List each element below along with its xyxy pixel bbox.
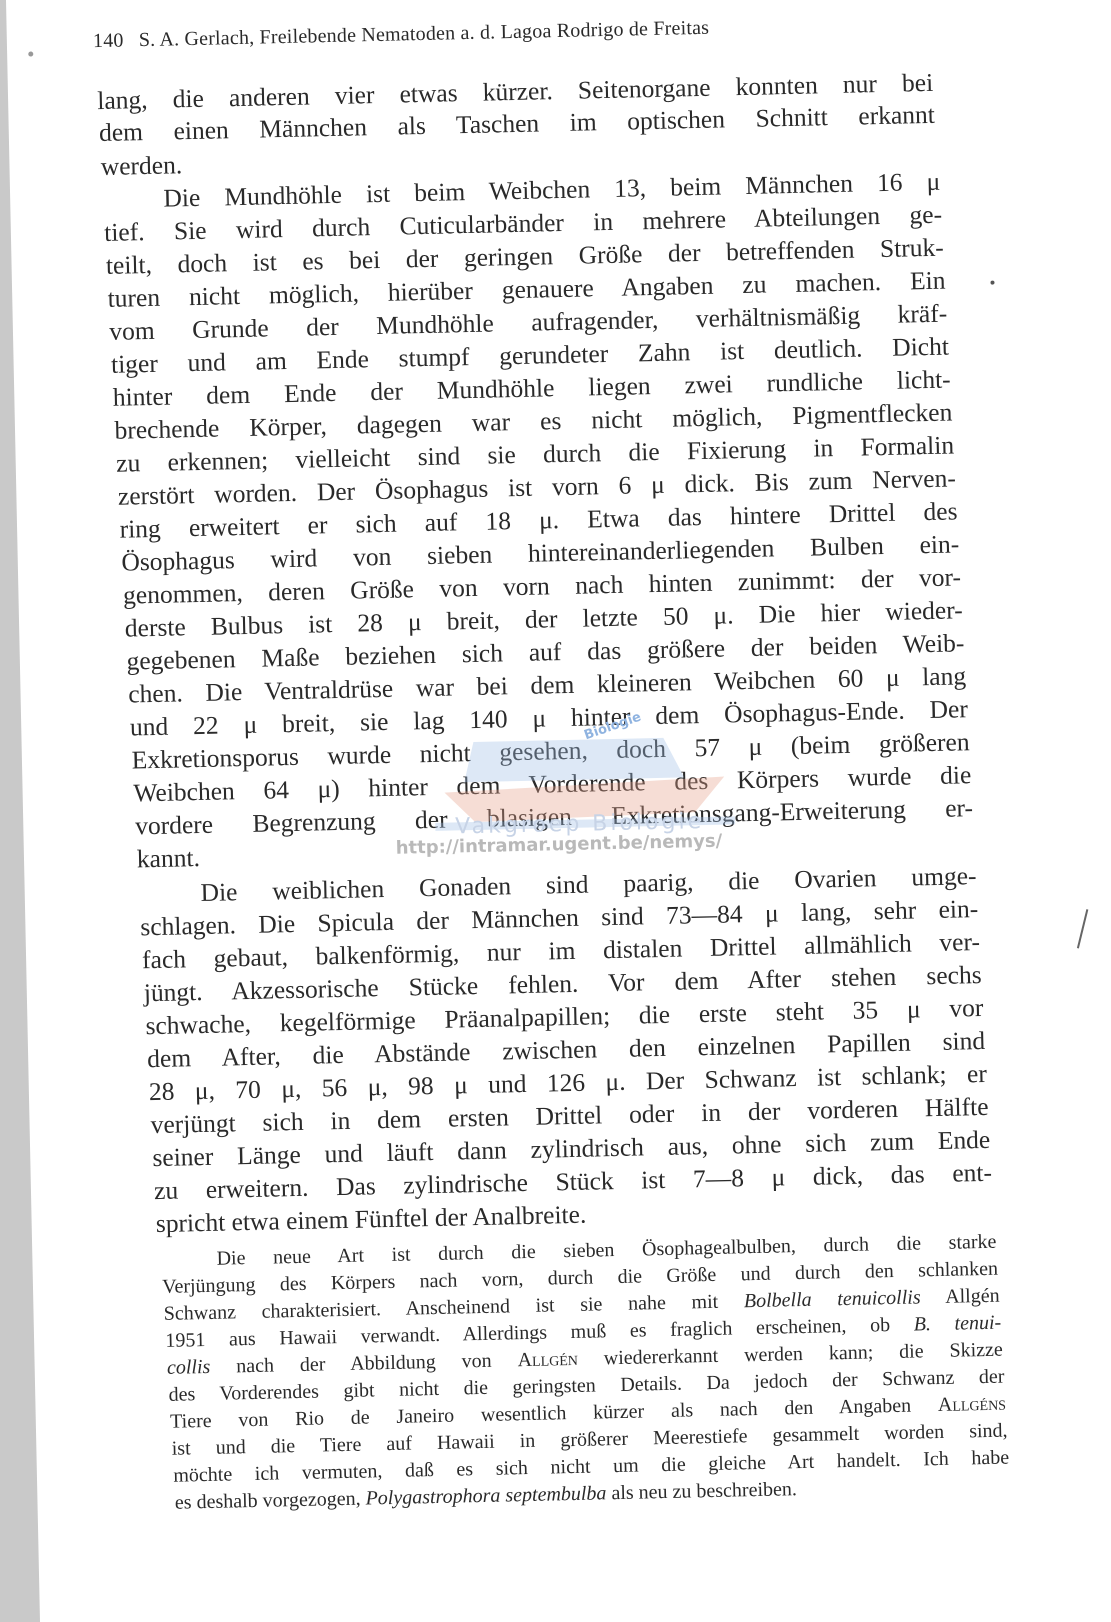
- text-line: spricht etwa einem Fünftel der Analbreit…: [156, 1200, 587, 1239]
- author-name: Allgén: [517, 1348, 578, 1371]
- running-header: 140 S. A. Gerlach, Freilebende Nematoden…: [93, 17, 710, 53]
- species-note: Die neue Art ist durch die sieben Ösopha…: [0, 0, 1110, 2]
- text-line: werden.: [100, 150, 182, 182]
- author-name: Allgéns: [938, 1393, 1007, 1416]
- page-number: 140: [93, 29, 124, 52]
- species-name: collis: [167, 1356, 211, 1379]
- scan-speck: [990, 281, 994, 285]
- species-name: Polygastrophora septembulba: [365, 1482, 606, 1509]
- text-line: kannt.: [137, 843, 201, 874]
- body-text: lang, die anderen vier etwas kürzer. Sei…: [0, 0, 1110, 2]
- species-name: B. tenui-: [913, 1312, 1001, 1336]
- document-page: 140 S. A. Gerlach, Freilebende Nematoden…: [0, 0, 1111, 1622]
- margin-pencil-mark: [1077, 909, 1088, 948]
- running-title: S. A. Gerlach, Freilebende Nematoden a. …: [139, 17, 710, 51]
- scan-speck: [28, 51, 33, 56]
- watermark-url: http://intramar.ugent.be/nemys/: [395, 831, 722, 859]
- species-name: Bolbella tenuicollis: [744, 1286, 921, 1312]
